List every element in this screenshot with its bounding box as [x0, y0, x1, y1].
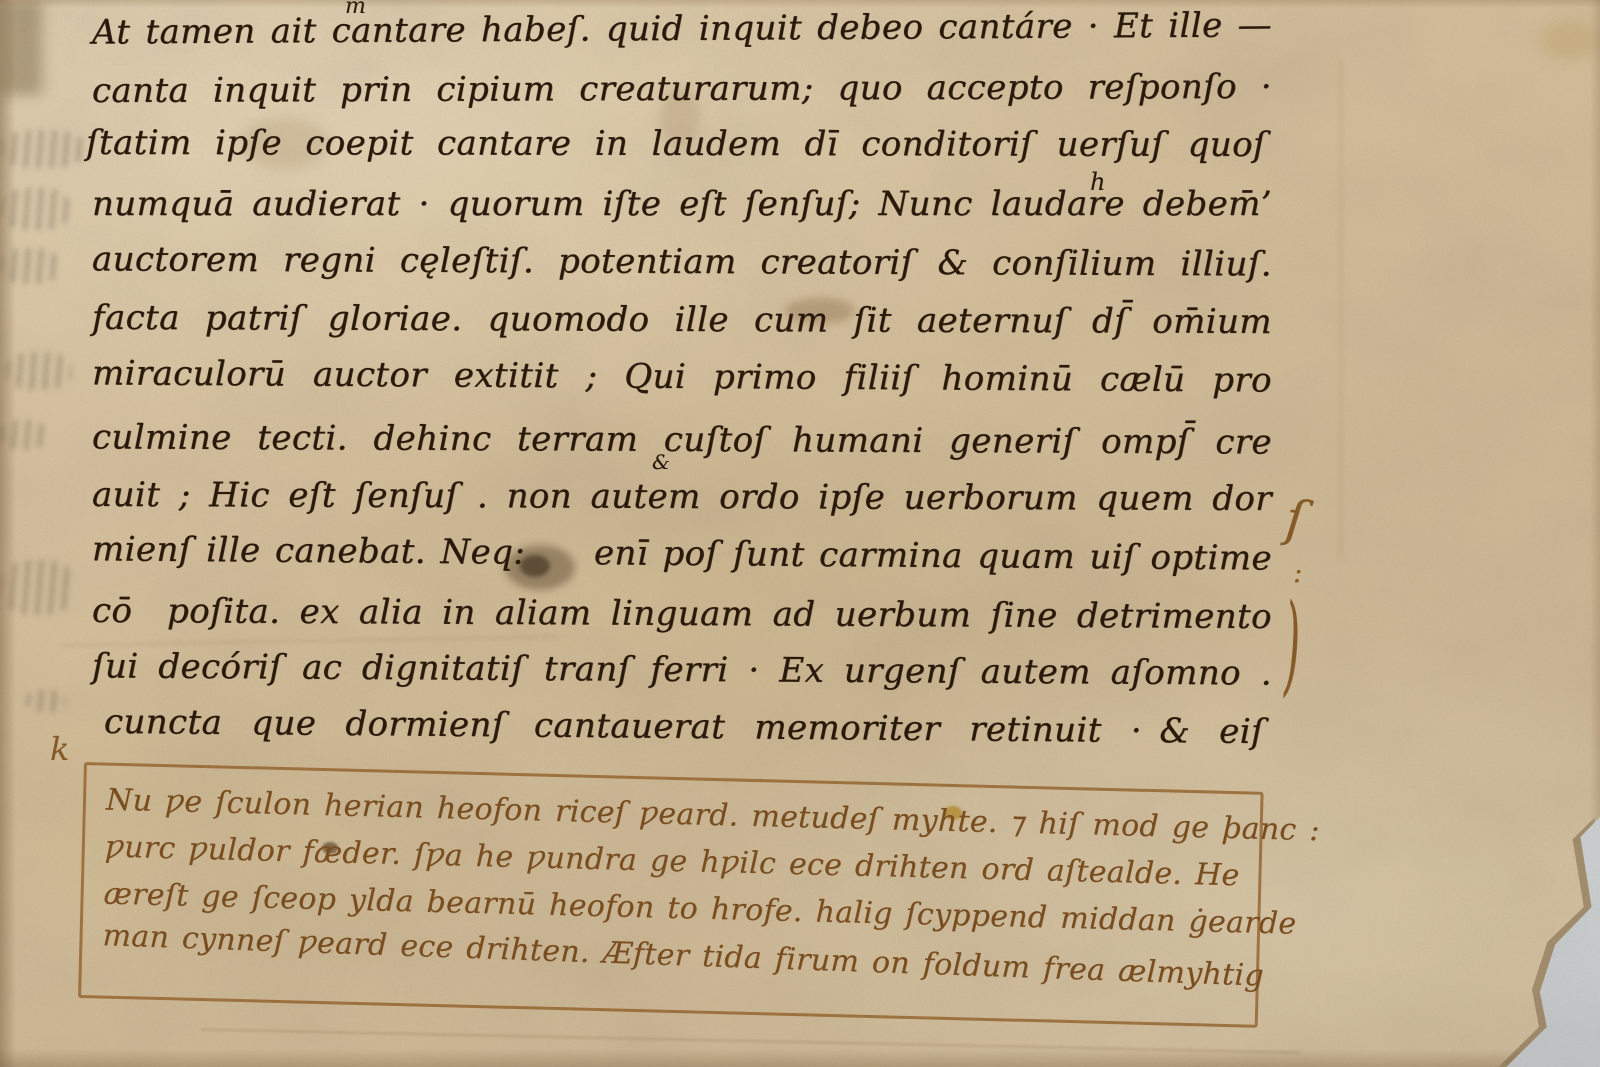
margin-k-mark: k	[50, 730, 69, 768]
caedmon-hymn-box: Nu ƿe ſculon herian heofon riceſ ƿeard. …	[78, 762, 1264, 1028]
interlinear-gloss: m̄	[345, 0, 366, 19]
interlinear-gloss: &	[652, 450, 670, 474]
latin-text-line: facta patriſ gloriae. quomodo ille cum ſ…	[92, 295, 1272, 345]
interlinear-correction: h	[1090, 168, 1105, 196]
latin-text-line: culmine tecti. dehinc terram cuſtoſ huma…	[92, 414, 1272, 465]
manuscript-page: At tamen ait cantare habeſ. quid inquit …	[0, 0, 1600, 1067]
latin-text-line: ſui decóriſ ac dignitatiſ tranſ ferri · …	[92, 643, 1272, 696]
latin-text-line: cō poſita. ex alia in aliam linguam ad u…	[92, 588, 1272, 640]
latin-text-line: At tamen ait cantare habeſ. quid inquit …	[92, 2, 1272, 55]
margin-curl-mark: )	[1284, 582, 1300, 710]
latin-text-line: ſtatim ipſe coepit cantare in laudem dī …	[86, 120, 1266, 168]
latin-text-line: mienſ ille canebat. Neq: enī poſ ſunt ca…	[92, 526, 1272, 581]
latin-text-line: auctorem regni cęleſtiſ. potentiam creat…	[92, 236, 1272, 287]
latin-text-line: auit ; Hic eſt ſenſuſ . non autem ordo i…	[92, 472, 1272, 522]
latin-text-line: canta inquit prin cipium creaturarum; qu…	[92, 64, 1272, 114]
latin-text-line: miraculorū auctor extitit ; Qui primo fi…	[92, 350, 1272, 403]
